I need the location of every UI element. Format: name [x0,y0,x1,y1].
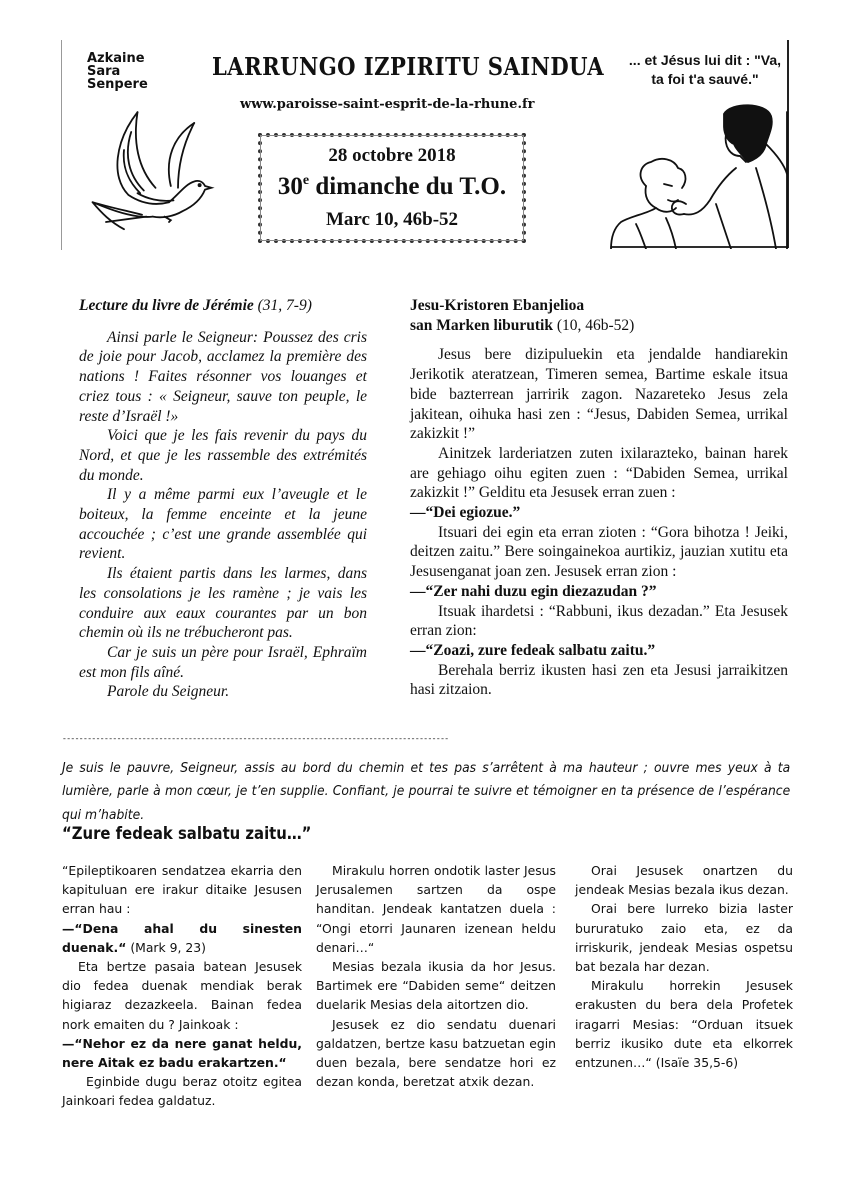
header-left-rule [61,40,62,250]
gospel-paragraph: Berehala berriz ikusten hasi zen eta Jes… [410,661,788,700]
gospel-title-line1: Jesu-Kristoren Ebanjelioa [410,296,788,316]
reading-reference: (31, 7-9) [254,297,312,314]
gospel-reference: (10, 46b-52) [553,317,634,334]
commentary-column-1: “Epileptikoaren sendatzea ekarria den ka… [62,861,302,1111]
header-quote: ... et Jésus lui dit : "Va, ta foi t'a s… [605,51,805,89]
commentary-paragraph: Mirakulu horren ondotik laster Jesus Jer… [316,861,556,957]
commentary-quote: —“Dena ahal du sinesten duenak.“ (Mark 9… [62,919,302,957]
commentary-column-2: Mirakulu horren ondotik laster Jesus Jer… [316,861,556,1091]
first-reading: Lecture du livre de Jérémie (31, 7-9) Ai… [79,296,367,702]
gospel-title-line2: san Marken liburutik (10, 46b-52) [410,316,788,336]
commentary-paragraph: Mirakulu horrekin Jesusek erakusten du b… [575,976,793,1072]
reading-paragraph: Ainsi parle le Seigneur: Poussez des cri… [79,328,367,427]
sunday-label: 30e dimanche du T.O. [262,173,522,201]
gospel-paragraph: Itsuak ihardetsi : “Rabbuni, ikus dezada… [410,602,788,641]
reading-paragraph: Parole du Seigneur. [79,682,367,702]
villages-list: Azkaine Sara Senpere [87,52,148,91]
commentary-paragraph: “Epileptikoaren sendatzea ekarria den ka… [62,861,302,919]
commentary-quote: —“Nehor ez da nere ganat heldu, nere Ait… [62,1034,302,1072]
commentary-paragraph: Eginbide dugu beraz otoitz egitea Jainko… [62,1072,302,1110]
reading-paragraph: Ils étaient partis dans les larmes, dans… [79,564,367,643]
date-text: 28 octobre 2018 [262,145,522,167]
gospel-reference: Marc 10, 46b-52 [262,209,522,231]
commentary-paragraph: Eta bertze pasaia batean Jesusek dio fed… [62,957,302,1034]
commentary-title: “Zure fedeak salbatu zaitu…” [62,824,311,843]
prayer-text: Je suis le pauvre, Seigneur, assis au bo… [62,757,790,827]
gospel-paragraph: Jesus bere dizipuluekin eta jendalde han… [410,345,788,444]
commentary-column-3: Orai Jesusek onartzen du jendeak Mesias … [575,861,793,1072]
reading-heading: Lecture du livre de Jérémie (31, 7-9) [79,296,367,316]
reading-paragraph: Voici que je les fais revenir du pays du… [79,426,367,485]
jesus-healing-illustration-icon [606,104,789,249]
reading-paragraph: Car je suis un père pour Israël, Ephraïm… [79,643,367,682]
commentary-paragraph: Jesusek ez dio sendatu duenari galdatzen… [316,1015,556,1092]
dove-icon [88,103,223,233]
commentary-paragraph: Orai bere lurreko bizia laster bururatuk… [575,899,793,976]
gospel-paragraph: Ainitzek larderiatzen zuten ixilarazteko… [410,444,788,503]
gospel-reading: Jesu-Kristoren Ebanjelioa san Marken lib… [410,296,788,700]
reading-paragraph: Il y a même parmi eux l’aveugle et le bo… [79,485,367,564]
gospel-paragraph: Itsuari dei egin eta erran zioten : “Gor… [410,523,788,582]
village-name: Senpere [87,78,148,91]
gospel-quote: —“Zer nahi duzu egin diezazudan ?” [410,582,788,602]
commentary-paragraph: Mesias bezala ikusia da hor Jesus. Barti… [316,957,556,1015]
dashed-separator: ----------------------------------------… [62,735,448,744]
reading-title: Lecture du livre de Jérémie [79,297,254,314]
gospel-quote: —“Zoazi, zure fedeak salbatu zaitu.” [410,641,788,661]
date-box: 28 octobre 2018 30e dimanche du T.O. Mar… [258,133,526,243]
commentary-paragraph: Orai Jesusek onartzen du jendeak Mesias … [575,861,793,899]
parish-title: LARRUNGO IZPIRITU SAINDUA [212,52,604,81]
parish-website-link[interactable]: www.paroisse-saint-esprit-de-la-rhune.fr [240,97,534,112]
gospel-quote: —“Dei egiozue.” [410,503,788,523]
